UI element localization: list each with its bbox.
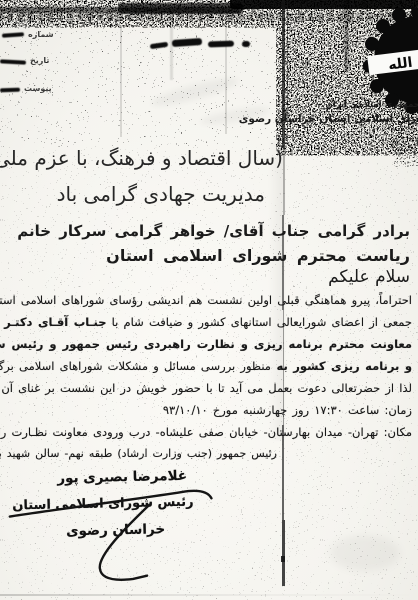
addressee-line-1: برادر گرامی جناب آقای/ خواهر گرامی سرکار…	[17, 222, 410, 240]
emblem-band-text: الله	[387, 55, 413, 74]
field-label-number: شماره	[28, 30, 54, 39]
scan-streak	[344, 0, 349, 72]
paper-shading	[330, 535, 400, 571]
slogan-line-2: مدیریت جهادی گرامی باد	[57, 182, 265, 206]
body-line-2: جمعی از اعضای شورایعالی استانهای کشور و …	[0, 315, 412, 329]
salutation: سلام علیکم	[328, 267, 410, 287]
body-line-4: و برنامه ریزی کشور به منظور بررسی مسائل …	[0, 359, 412, 373]
handwriting-smudge	[208, 41, 234, 48]
signature-scribble	[0, 447, 261, 597]
body-line-3: معاونت محترم برنامه ریزی و نظارت راهبردی…	[0, 337, 412, 351]
org-name-council: شورای اسلامی استان خراسان رضوی	[239, 113, 418, 125]
slogan-line-1: (سال اقتصاد و فرهنگ، با عزم ملی	[0, 146, 283, 170]
scanned-letter-page: شماره تاریخ پیوست الله جمهوری اسل	[0, 0, 418, 600]
addressee-line-2: ریاست محترم شورای اسلامی استان	[106, 246, 410, 265]
org-name-country: جمهوری اسلامی ایران	[325, 100, 418, 110]
scan-streak	[170, 18, 173, 80]
body-line-location: مکان: تهران- میدان بهارستان- خیابان صفی …	[0, 425, 412, 439]
body-line-1: احتراماً، پیرو هماهنگی قبلی اولین نشست ه…	[0, 293, 412, 307]
scan-streak	[120, 25, 122, 137]
field-label-date: تاریخ	[30, 56, 49, 65]
handwriting-smudge	[242, 41, 250, 47]
body-line-time: زمان: ساعت ۱۷:۳۰ روز چهارشنبه مورخ ۹۳/۱۰…	[163, 403, 412, 417]
signature-block: غلامرضا بصیری پور رئیس شورای اسلامی استا…	[39, 458, 222, 592]
page-bottom-scan-edge	[0, 594, 418, 596]
handwriting-smudge	[0, 88, 20, 93]
body-line-5: لذا از حضرتعالی دعوت بعمل می آید تا با ح…	[0, 381, 412, 395]
field-label-attachment: پیوست	[24, 84, 52, 93]
fold-shadow	[268, 140, 284, 440]
